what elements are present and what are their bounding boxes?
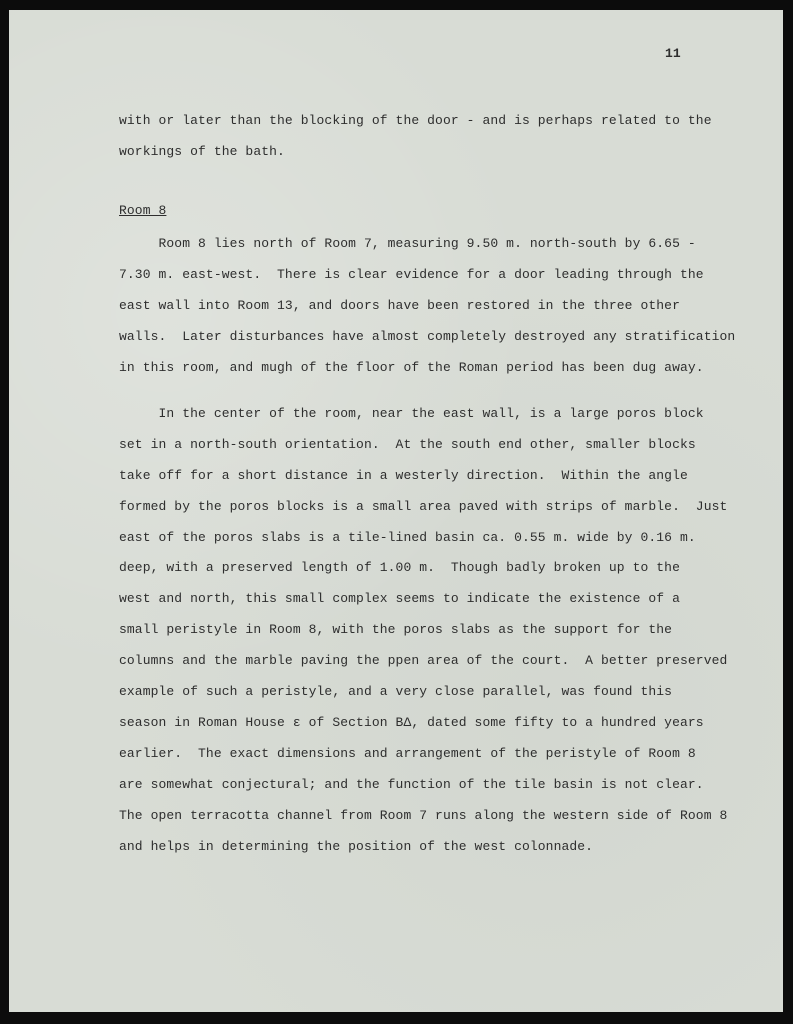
text-line: Room 8 lies north of Room 7, measuring 9… xyxy=(119,236,696,251)
text-line: earlier. The exact dimensions and arrang… xyxy=(119,746,696,761)
text-line: set in a north-south orientation. At the… xyxy=(119,437,696,452)
text-line: deep, with a preserved length of 1.00 m.… xyxy=(119,560,680,575)
text-line: in this room, and mugh of the floor of t… xyxy=(119,360,704,375)
text-line: with or later than the blocking of the d… xyxy=(119,113,712,128)
text-line: west and north, this small complex seems… xyxy=(119,591,680,606)
text-line: season in Roman House ε of Section BΔ, d… xyxy=(119,715,704,730)
text-line: and helps in determining the position of… xyxy=(119,839,593,854)
text-line: 7.30 m. east-west. There is clear eviden… xyxy=(119,267,704,282)
section-heading: Room 8 xyxy=(119,203,166,218)
text-line: formed by the poros blocks is a small ar… xyxy=(119,499,727,514)
page-number: 11 xyxy=(665,46,681,61)
text-line: example of such a peristyle, and a very … xyxy=(119,684,672,699)
text-line: columns and the marble paving the ppen a… xyxy=(119,653,727,668)
text-line: east of the poros slabs is a tile-lined … xyxy=(119,530,696,545)
text-line: workings of the bath. xyxy=(119,144,285,159)
text-line: are somewhat conjectural; and the functi… xyxy=(119,777,704,792)
text-line: walls. Later disturbances have almost co… xyxy=(119,329,735,344)
text-line: small peristyle in Room 8, with the poro… xyxy=(119,622,672,637)
document-page: 11 with or later than the blocking of th… xyxy=(9,10,783,1012)
text-line: The open terracotta channel from Room 7 … xyxy=(119,808,727,823)
text-line: In the center of the room, near the east… xyxy=(119,406,704,421)
text-line: east wall into Room 13, and doors have b… xyxy=(119,298,680,313)
text-line: take off for a short distance in a weste… xyxy=(119,468,688,483)
